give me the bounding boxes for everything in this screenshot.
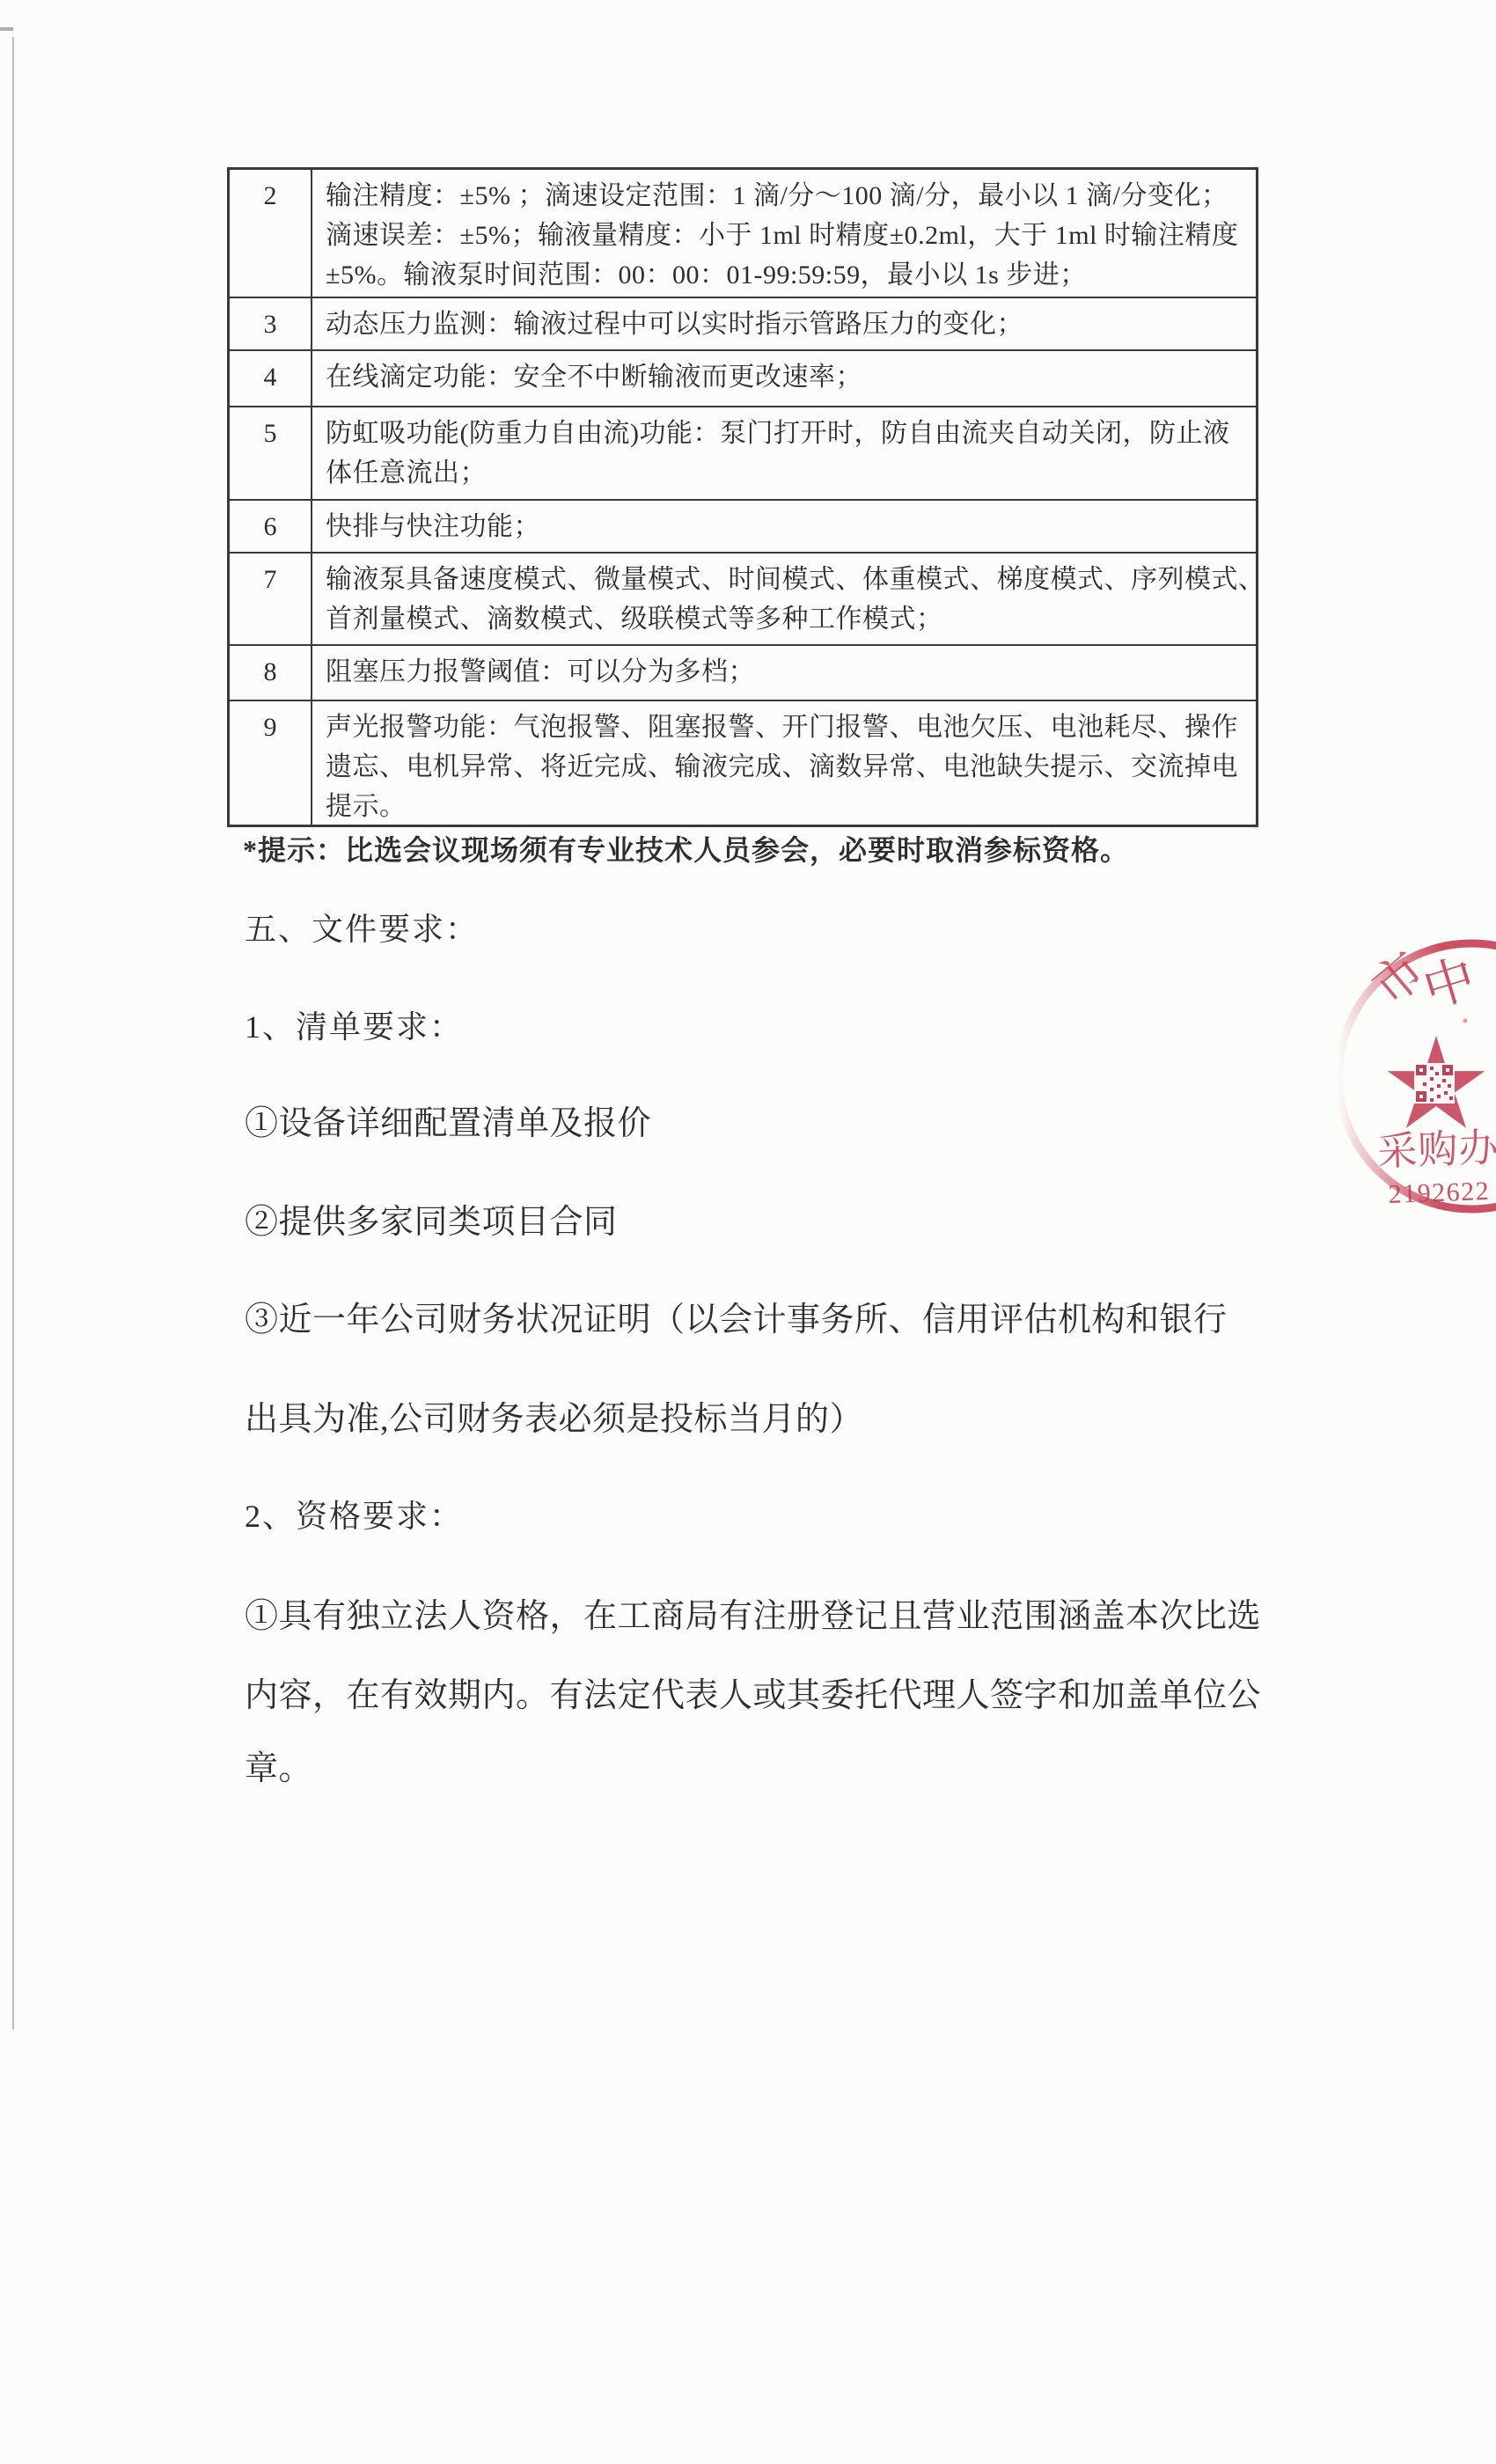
row-line: 提示。 [326,787,1245,825]
row-line: ±5%。输液泵时间范围：00：00：01-99:59:59，最小以 1s 步进； [326,255,1245,295]
table-row: 5 防虹吸功能(防重力自由流)功能：泵门打开时，防自由流夹自动关闭，防止液 体任… [230,406,1256,499]
stamp-qr-code [1414,1063,1455,1104]
row-line: 遗忘、电机异常、将近完成、输液完成、滴数异常、电池缺失提示、交流掉电 [326,747,1245,787]
section-heading-documents: 五、文件要求： [245,910,479,949]
table-row: 9 声光报警功能：气泡报警、阻塞报警、开门报警、电池欠压、电池耗尽、操作 遗忘、… [230,700,1256,825]
row-number: 6 [230,501,312,552]
row-line: 防虹吸功能(防重力自由流)功能：泵门打开时，防自由流夹自动关闭，防止液 [326,414,1245,453]
row-number: 5 [230,407,312,499]
table-row: 3 动态压力监测：输液过程中可以实时指示管路压力的变化； [230,297,1256,349]
official-seal-stamp: 市 中 [1311,915,1496,1223]
row-number: 2 [230,170,312,297]
stamp-serial-number: 2192622 [1388,1177,1491,1209]
row-line: 体任意流出； [326,453,1245,493]
qualification-line3: 章。 [245,1749,312,1788]
stamp-arc-char-2: 中 [1417,949,1482,1018]
row-number: 4 [230,351,312,406]
list-item-config-quote: ①设备详细配置清单及报价 [245,1104,651,1143]
row-line: 首剂量模式、滴数模式、级联模式等多种工作模式； [326,599,1245,639]
row-line: 滴速误差：±5%；输液量精度：小于 1ml 时精度±0.2ml，大于 1ml 时… [326,216,1245,255]
scanned-document-page: 2 输注精度：±5% ；滴速设定范围：1 滴/分～100 滴/分，最小以 1 滴… [0,0,1496,2464]
list-item-contracts: ②提供多家同类项目合同 [245,1203,618,1242]
stamp-office-text: 采购办公室 [1377,1123,1496,1174]
row-line: 快排与快注功能； [326,507,1245,546]
table-row: 6 快排与快注功能； [230,499,1256,552]
row-content: 在线滴定功能：安全不中断输液而更改速率； [312,351,1256,406]
qualification-line1: ①具有独立法人资格，在工商局有注册登记且营业范围涵盖本次比选 [245,1597,1261,1636]
row-line: 动态压力监测：输液过程中可以实时指示管路压力的变化； [326,304,1245,344]
row-number: 9 [230,701,312,825]
row-number: 7 [230,554,312,644]
subheading-list-requirements: 1、清单要求： [245,1008,463,1046]
scan-edge-tick [0,27,13,31]
row-content: 输注精度：±5% ；滴速设定范围：1 滴/分～100 滴/分，最小以 1 滴/分… [312,170,1256,297]
row-number: 8 [230,646,312,700]
table-row: 7 输液泵具备速度模式、微量模式、时间模式、体重模式、梯度模式、序列模式、 首剂… [230,552,1256,644]
list-item-financial-proof-line2: 出具为准,公司财务表必须是投标当月的） [245,1400,863,1439]
subheading-qualification-requirements: 2、资格要求： [245,1497,463,1536]
table-row: 4 在线滴定功能：安全不中断输液而更改速率； [230,349,1256,406]
row-line: 在线滴定功能：安全不中断输液而更改速率； [326,357,1245,397]
scan-edge-line [12,37,14,2029]
table-row: 8 阻塞压力报警阈值：可以分为多档； [230,644,1256,700]
row-line: 声光报警功能：气泡报警、阻塞报警、开门报警、电池欠压、电池耗尽、操作 [326,708,1245,747]
row-number: 3 [230,298,312,349]
row-content: 声光报警功能：气泡报警、阻塞报警、开门报警、电池欠压、电池耗尽、操作 遗忘、电机… [312,701,1256,825]
row-content: 输液泵具备速度模式、微量模式、时间模式、体重模式、梯度模式、序列模式、 首剂量模… [312,554,1256,644]
stamp-ink-speck [1463,1019,1468,1023]
row-line: 输液泵具备速度模式、微量模式、时间模式、体重模式、梯度模式、序列模式、 [326,560,1245,599]
row-content: 动态压力监测：输液过程中可以实时指示管路压力的变化； [312,298,1256,349]
row-line: 输注精度：±5% ；滴速设定范围：1 滴/分～100 滴/分，最小以 1 滴/分… [326,176,1245,216]
spec-table: 2 输注精度：±5% ；滴速设定范围：1 滴/分～100 滴/分，最小以 1 滴… [227,167,1258,827]
list-item-financial-proof-line1: ③近一年公司财务状况证明（以会计事务所、信用评估机构和银行 [245,1301,1228,1339]
row-content: 快排与快注功能； [312,501,1256,552]
row-content: 防虹吸功能(防重力自由流)功能：泵门打开时，防自由流夹自动关闭，防止液 体任意流… [312,407,1256,499]
qualification-line2: 内容，在有效期内。有法定代表人或其委托代理人签字和加盖单位公 [245,1676,1261,1715]
table-row: 2 输注精度：±5% ；滴速设定范围：1 滴/分～100 滴/分，最小以 1 滴… [230,170,1256,297]
row-content: 阻塞压力报警阈值：可以分为多档； [312,646,1256,700]
row-line: 阻塞压力报警阈值：可以分为多档； [326,652,1245,692]
notice-line: *提示：比选会议现场须有专业技术人员参会，必要时取消参标资格。 [243,831,1129,869]
